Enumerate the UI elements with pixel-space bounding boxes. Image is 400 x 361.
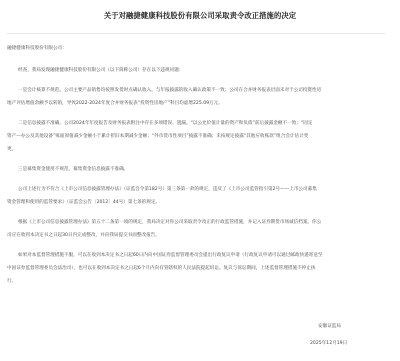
addressee: 融捷健康科技股份有限公司： (7, 46, 67, 52)
signature-issuer: 安徽证监局 (318, 324, 341, 330)
paragraph-disclosure-line-3: 更。 (7, 147, 16, 153)
paragraph-disclosure-line-2: 资产—办公及其他设备”账面原值减少金额小于累计折旧本期减少金额；“外币货币性项目… (7, 134, 308, 140)
paragraph-appeal-line-3: 行。 (7, 279, 16, 285)
paragraph-intro: 经查，我局发现融捷健康科技股份有限公司（以下简称公司）存在以下违规问题： (18, 68, 183, 74)
document-page: 关于对融捷健康科技股份有限公司采取责令改正措施的决定 融捷健康科技股份有限公司：… (0, 0, 400, 361)
document-title: 关于对融捷健康科技股份有限公司采取责令改正措施的决定 (0, 11, 400, 21)
paragraph-decision-line-2: 司应在收到本决定书之日起30日内完成整改，并向我局提交书面整改报告。 (7, 233, 160, 239)
signature-date: 2025年12月19日 (310, 341, 347, 347)
title-divider (7, 33, 385, 34)
paragraph-fundraising: 三是募集资金使用不规范，募集资金信息披露不准确。 (18, 167, 128, 173)
paragraph-disclosure-line-1: 二是信息披露不准确。公司2024年年度报告及财务报表附注中存在多项错误、遗漏。“… (18, 121, 312, 127)
paragraph-violation-line-2: 资金管理和使用的监管要求》（证监会公告〔2012〕44号）第七条的规定。 (7, 200, 160, 206)
paragraph-accounting-line-1: 一是会计核算不规范。公司主要产品销售均按照发货时点确认收入，与年报披露的收入确认… (18, 88, 321, 94)
paragraph-violation-line-1: 公司上述行为不符合《上市公司信息披露管理办法》（证监会令第182号）第三条第一款… (18, 187, 317, 193)
paragraph-decision-line-1: 根据《上市公司信息披露管理办法》第五十二条第一项的规定，我局决定对你公司采取责令… (18, 220, 321, 226)
paragraph-appeal-line-2: 中国证券监督管理委员会法治司），也可以在收到本决定书之日起6个月内向有管辖权的人… (7, 266, 315, 272)
paragraph-accounting-line-2: 地产评估增值余额予以转销，导致2022-2024年度合并财务报表“投资性房地产”… (7, 101, 223, 107)
paragraph-appeal-line-1: 如果对本监督管理措施不服，可以在收到本决定书之日起60日内向中国证券监督管理委员… (18, 253, 322, 259)
